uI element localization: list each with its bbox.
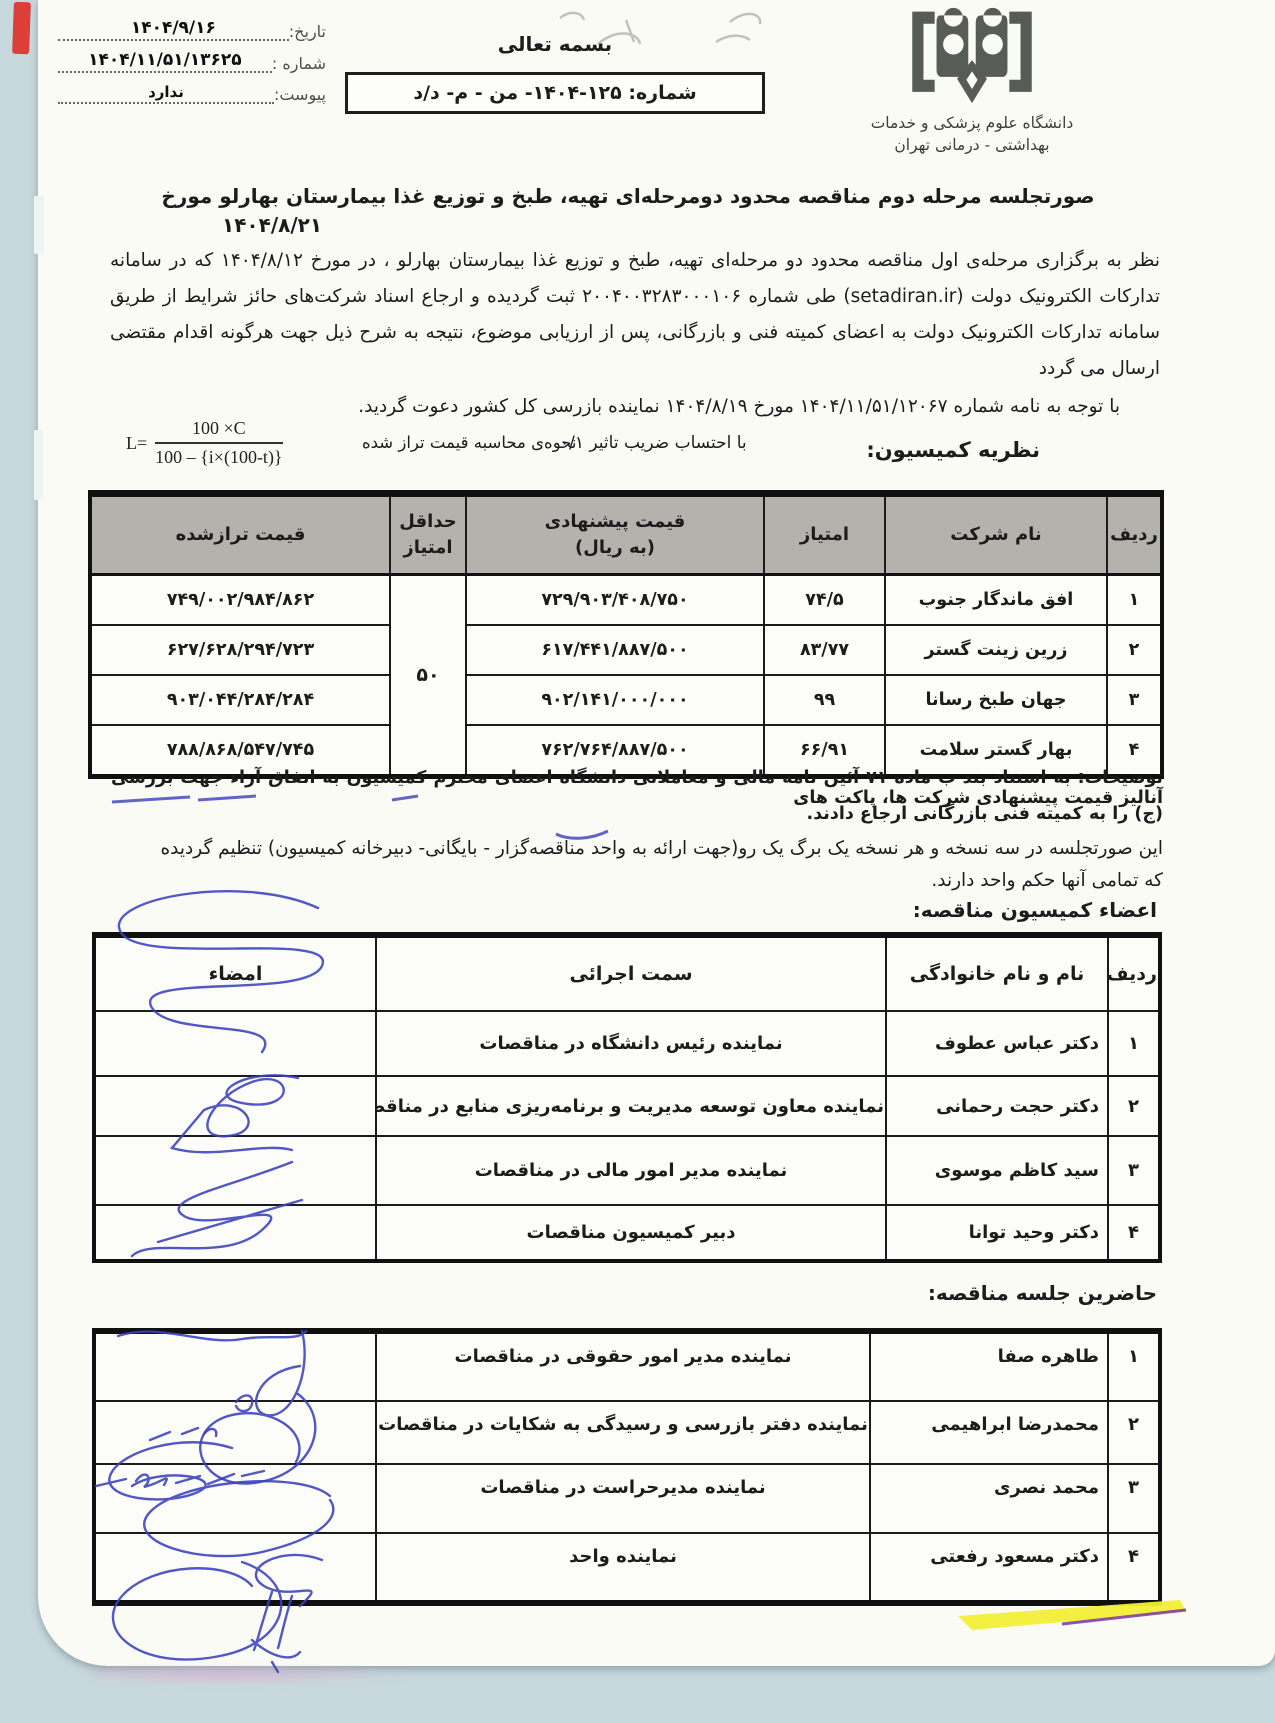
attendees-section-heading: حاضرین جلسه مناقصه: <box>928 1281 1157 1305</box>
col-role-header: سمت اجرائی <box>376 935 886 1011</box>
attachment-label: پیوست: <box>274 85 326 104</box>
letterhead-center: بسمه تعالی شماره: ۱۲۵-۱۴۰۴- من - م- د/د <box>345 32 765 114</box>
notes-line3: این صورتجلسه در سه نسخه و هر نسخه یک برگ… <box>111 838 1163 859</box>
doc-number-box: شماره: ۱۲۵-۱۴۰۴- من - م- د/د <box>345 72 765 114</box>
date-label: تاریخ: <box>289 22 326 41</box>
signature-cell <box>94 1464 376 1533</box>
col-row-header: ردیف <box>1108 935 1160 1011</box>
col-price-header: قیمت پیشنهادی (به ریال) <box>466 494 764 575</box>
member-name-cell: دکتر وحید توانا <box>886 1205 1108 1261</box>
members-section-heading: اعضاء کمیسیون مناقصه: <box>913 898 1157 922</box>
inspection-note: با توجه به نامه شماره ۱۴۰۴/۱۱/۵۱/۱۲۰۶۷ م… <box>110 396 1160 417</box>
scanned-document-page: { "meta": { "date_label": "تاریخ:", "dat… <box>0 0 1275 1723</box>
scan-smudge <box>92 1664 422 1686</box>
attendee-name-cell: دکتر مسعود رفعتی <box>870 1533 1108 1603</box>
row-number-cell: ۲ <box>1107 625 1162 675</box>
intro-paragraph: نظر به برگزاری مرحله‌ی اول مناقصه محدود … <box>110 243 1160 387</box>
row-number-cell: ۳ <box>1108 1464 1160 1533</box>
member-row: ۴ دکتر وحید توانا دبیر کمیسیون مناقصات <box>94 1205 1160 1261</box>
attendee-row: ۱ طاهره صفا نماینده مدیر امور حقوقی در م… <box>94 1331 1160 1401</box>
attendee-role-cell: نماینده دفتر بازرسی و رسیدگی به شکایات د… <box>376 1401 870 1464</box>
price-table-row: ۲ زرین زینت گستر ۸۳/۷۷ ۶۱۷/۴۴۱/۸۸۷/۵۰۰ ۶… <box>90 625 1162 675</box>
price-cell: ۹۰۲/۱۴۱/۰۰۰/۰۰۰ <box>466 675 764 725</box>
row-number-cell: ۴ <box>1108 1533 1160 1603</box>
signature-cell <box>94 1076 376 1136</box>
adjusted-price-cell: ۶۲۷/۶۲۸/۲۹۴/۷۲۳ <box>90 625 390 675</box>
row-number-cell: ۱ <box>1108 1331 1160 1401</box>
col-adjusted-header: قیمت ترازشده <box>90 494 390 575</box>
col-min-line1: حداقل <box>392 509 464 535</box>
members-table: ردیف نام و نام خانوادگی سمت اجرائی امضاء… <box>92 932 1162 1263</box>
company-cell: افق ماندگار جنوب <box>885 575 1107 626</box>
number-value: ۱۴۰۴/۱۱/۵۱/۱۳۶۲۵ <box>88 50 242 70</box>
attendee-row: ۲ محمدرضا ابراهیمی نماینده دفتر بازرسی و… <box>94 1401 1160 1464</box>
number-label: شماره : <box>272 54 326 73</box>
row-number-cell: ۲ <box>1108 1401 1160 1464</box>
document-title-line1: صورتجلسه مرحله دوم مناقصه محدود دومرحله‌… <box>88 184 1168 208</box>
notes-line1: توضیحات: به استناد بند ب ماده ۷۱ آئین نا… <box>111 768 1163 808</box>
commission-opinion-heading: نظریه کمیسیون: <box>866 438 1040 462</box>
date-field: تاریخ: ۱۴۰۴/۹/۱۶ <box>58 18 326 41</box>
row-number-cell: ۱ <box>1108 1011 1160 1076</box>
attendee-role-cell: نماینده واحد <box>376 1533 870 1603</box>
member-role-cell: نماینده معاون توسعه مدیریت و برنامه‌ریزی… <box>376 1076 886 1136</box>
signature-cell <box>94 1205 376 1261</box>
score-cell: ۷۴/۵ <box>764 575 885 626</box>
university-logo-icon <box>906 6 1038 104</box>
university-name-line1: دانشگاه علوم پزشکی و خدمات <box>822 112 1122 134</box>
member-row: ۳ سید کاظم موسوی نماینده مدیر امور مالی … <box>94 1136 1160 1205</box>
attachment-value: ندارد <box>148 83 184 101</box>
col-min-line2: امتیاز <box>392 535 464 561</box>
date-value: ۱۴۰۴/۹/۱۶ <box>131 18 216 38</box>
signature-cell <box>94 1011 376 1076</box>
price-table-row: ۱ افق ماندگار جنوب ۷۴/۵ ۷۲۹/۹۰۳/۴۰۸/۷۵۰ … <box>90 575 1162 626</box>
formula-fraction: 100 ×C 100 – {i×(100-t)} <box>155 418 282 468</box>
member-role-cell: نماینده مدیر امور مالی در مناقصات <box>376 1136 886 1205</box>
member-name-cell: دکتر عباس عطوف <box>886 1011 1108 1076</box>
company-cell: زرین زینت گستر <box>885 625 1107 675</box>
number-field: شماره : ۱۴۰۴/۱۱/۵۱/۱۳۶۲۵ <box>58 50 326 73</box>
member-name-cell: دکتر حجت رحمانی <box>886 1076 1108 1136</box>
formula-lhs: L= <box>126 433 147 454</box>
price-table-header-row: ردیف نام شرکت امتیاز قیمت پیشنهادی (به ر… <box>90 494 1162 575</box>
letterhead-university: دانشگاه علوم پزشکی و خدمات بهداشتی - درم… <box>822 6 1122 156</box>
number-dotted-line: ۱۴۰۴/۱۱/۵۱/۱۳۶۲۵ <box>58 50 272 73</box>
member-role-cell: نماینده رئیس دانشگاه در مناقصات <box>376 1011 886 1076</box>
formula-caption: نحوه‌ی محاسبه قیمت تراز شده <box>362 433 576 452</box>
row-number-cell: ۲ <box>1108 1076 1160 1136</box>
formula-denominator: 100 – {i×(100-t)} <box>155 444 282 468</box>
notes-line4: که تمامی آنها حکم واحد دارند. <box>111 870 1163 891</box>
attendees-table: ۱ طاهره صفا نماینده مدیر امور حقوقی در م… <box>92 1328 1162 1606</box>
document-title-date: ۱۴۰۴/۸/۲۱ <box>222 213 322 237</box>
attendee-name-cell: طاهره صفا <box>870 1331 1108 1401</box>
adjusted-price-cell: ۹۰۳/۰۴۴/۲۸۴/۲۸۴ <box>90 675 390 725</box>
impact-factor-note: با احتساب ضریب تاثیر ۰/۱ <box>560 433 747 453</box>
row-number-cell: ۳ <box>1107 675 1162 725</box>
scan-edge-notch <box>34 196 44 254</box>
attachment-field: پیوست: ندارد <box>58 82 326 104</box>
row-number-cell: ۱ <box>1107 575 1162 626</box>
members-table-header-row: ردیف نام و نام خانوادگی سمت اجرائی امضاء <box>94 935 1160 1011</box>
signature-cell <box>94 1533 376 1603</box>
formula-numerator: 100 ×C <box>155 418 282 444</box>
member-role-cell: دبیر کمیسیون مناقصات <box>376 1205 886 1261</box>
price-table-row: ۳ جهان طبخ رسانا ۹۹ ۹۰۲/۱۴۱/۰۰۰/۰۰۰ ۹۰۳/… <box>90 675 1162 725</box>
score-cell: ۹۹ <box>764 675 885 725</box>
row-number-cell: ۴ <box>1108 1205 1160 1261</box>
scan-edge-notch <box>34 430 43 500</box>
besmellah-text: بسمه تعالی <box>345 32 765 56</box>
col-name-header: نام و نام خانوادگی <box>886 935 1108 1011</box>
attendee-role-cell: نماینده مدیرحراست در مناقصات <box>376 1464 870 1533</box>
attendee-name-cell: محمد نصری <box>870 1464 1108 1533</box>
signature-cell <box>94 1331 376 1401</box>
member-row: ۲ دکتر حجت رحمانی نماینده معاون توسعه مد… <box>94 1076 1160 1136</box>
attachment-dotted-line: ندارد <box>58 82 274 104</box>
company-cell: جهان طبخ رسانا <box>885 675 1107 725</box>
price-cell: ۷۲۹/۹۰۳/۴۰۸/۷۵۰ <box>466 575 764 626</box>
price-cell: ۶۱۷/۴۴۱/۸۸۷/۵۰۰ <box>466 625 764 675</box>
university-name-line2: بهداشتی - درمانی تهران <box>822 134 1122 156</box>
min-score-cell: ۵۰ <box>390 575 466 777</box>
col-price-line2: (به ریال) <box>468 535 762 561</box>
price-formula: L= 100 ×C 100 – {i×(100-t)} <box>126 418 283 468</box>
attendee-role-cell: نماینده مدیر امور حقوقی در مناقصات <box>376 1331 870 1401</box>
col-row-header: ردیف <box>1107 494 1162 575</box>
member-name-cell: سید کاظم موسوی <box>886 1136 1108 1205</box>
signature-cell <box>94 1401 376 1464</box>
col-score-header: امتیاز <box>764 494 885 575</box>
red-stamp-mark <box>12 2 31 55</box>
date-dotted-line: ۱۴۰۴/۹/۱۶ <box>58 18 289 41</box>
attendee-name-cell: محمدرضا ابراهیمی <box>870 1401 1108 1464</box>
col-price-line1: قیمت پیشنهادی <box>468 509 762 535</box>
attendee-row: ۴ دکتر مسعود رفعتی نماینده واحد <box>94 1533 1160 1603</box>
adjusted-price-cell: ۷۴۹/۰۰۲/۹۸۴/۸۶۲ <box>90 575 390 626</box>
letter-reference-fields: تاریخ: ۱۴۰۴/۹/۱۶ شماره : ۱۴۰۴/۱۱/۵۱/۱۳۶۲… <box>58 18 326 113</box>
price-table: ردیف نام شرکت امتیاز قیمت پیشنهادی (به ر… <box>88 490 1164 779</box>
row-number-cell: ۳ <box>1108 1136 1160 1205</box>
attendee-row: ۳ محمد نصری نماینده مدیرحراست در مناقصات <box>94 1464 1160 1533</box>
notes-line2: (ج) را به کمیته فنی بازرگانی ارجاع دادند… <box>111 804 1163 824</box>
university-name: دانشگاه علوم پزشکی و خدمات بهداشتی - درم… <box>822 112 1122 156</box>
col-min-score-header: حداقل امتیاز <box>390 494 466 575</box>
signature-cell <box>94 1136 376 1205</box>
col-company-header: نام شرکت <box>885 494 1107 575</box>
member-row: ۱ دکتر عباس عطوف نماینده رئیس دانشگاه در… <box>94 1011 1160 1076</box>
col-signature-header: امضاء <box>94 935 376 1011</box>
score-cell: ۸۳/۷۷ <box>764 625 885 675</box>
